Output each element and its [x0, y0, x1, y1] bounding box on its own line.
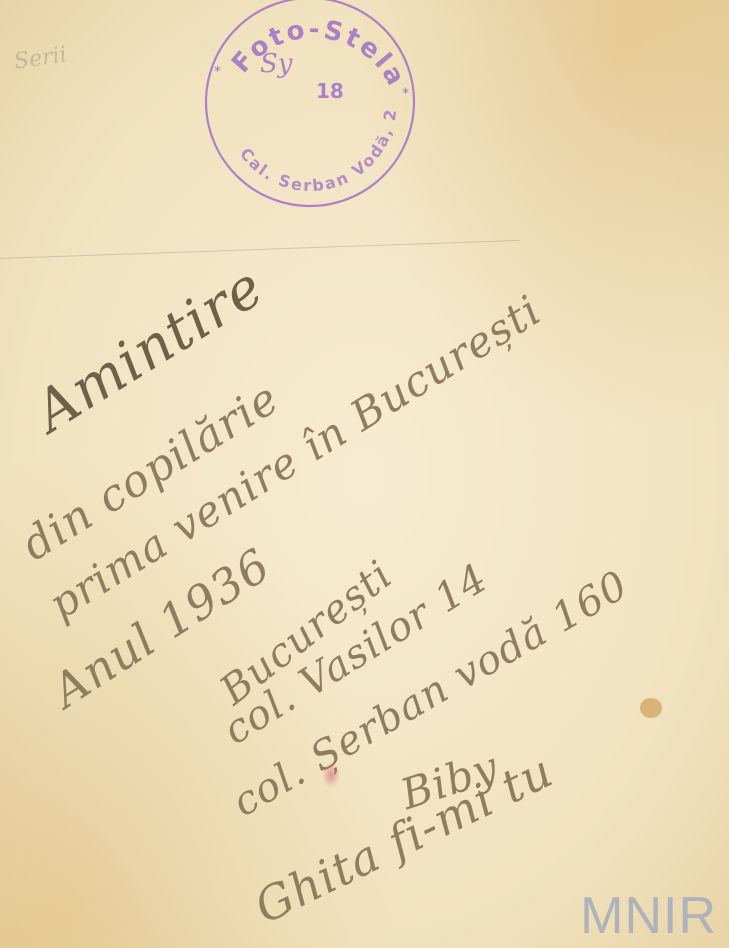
stain-spot [640, 698, 662, 718]
photo-card-back: Serii Foto-Stela Cal. Serban Vodă, 211 *… [0, 0, 729, 948]
stamp-center-2: 18 [316, 79, 344, 103]
svg-text:*: * [214, 64, 221, 80]
paper-crease [0, 240, 520, 259]
photographer-stamp: Foto-Stela Cal. Serban Vodă, 211 * * Sy … [196, 0, 424, 210]
stamp-center-1: Sy [260, 49, 293, 79]
svg-text:*: * [402, 86, 409, 102]
red-ink-mark [322, 762, 340, 788]
faint-pencil-note: Serii [13, 42, 69, 74]
watermark-mnir: MNIR [580, 886, 717, 946]
